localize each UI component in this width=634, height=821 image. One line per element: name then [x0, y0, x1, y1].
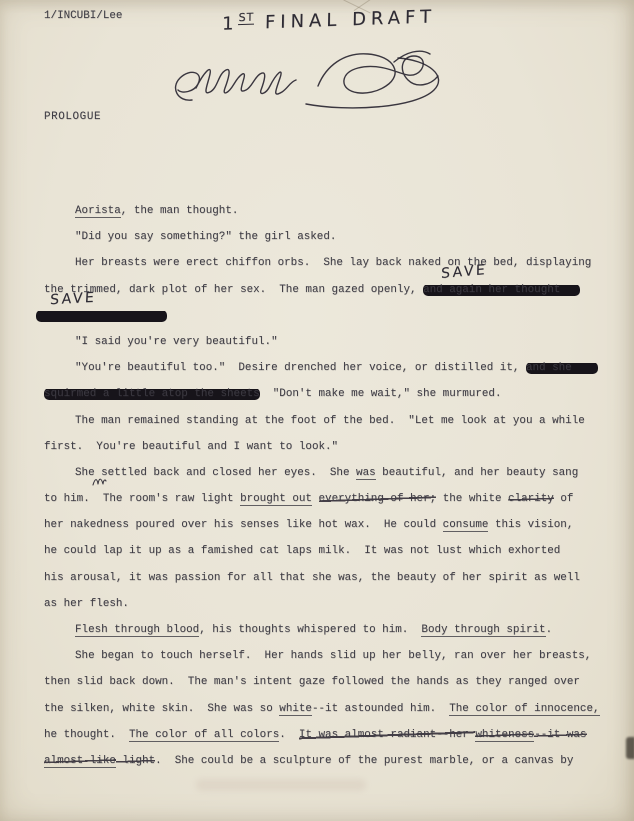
underlined-text: white [279, 703, 312, 716]
typed-line: She settled back and closed her eyes. Sh… [44, 460, 604, 486]
struck-text: light [116, 755, 155, 767]
typed-text: the trimmed, dark plot of her sex. The m… [44, 284, 423, 296]
typed-text: "Don't make me wait," she murmured. [260, 388, 502, 400]
struck-text: everything of her; [319, 493, 437, 505]
typed-line: his arousal, it was passion for all that… [44, 565, 604, 591]
typed-line: She began to touch herself. Her hands sl… [44, 643, 604, 669]
typed-line: "You're beautiful too." Desire drenched … [44, 355, 604, 381]
typed-text: Her breasts were erect chiffon orbs. She… [75, 257, 591, 269]
typed-line: he could lap it up as a famished cat lap… [44, 538, 604, 564]
struck-text: It was almost radiant--her [299, 729, 475, 741]
typed-line: the trimmed, dark plot of her sex. The m… [44, 277, 604, 303]
underlined-text: consume [443, 519, 489, 532]
typed-line: he thought. The color of all colors. It … [44, 722, 604, 748]
underlined-text: The color of innocence, [449, 703, 599, 716]
typed-line: her nakedness poured over his senses lik… [44, 512, 604, 538]
typed-text [312, 493, 319, 505]
typed-line: "I said you're very beautiful." [44, 329, 604, 355]
typed-text: , the man thought. [121, 205, 239, 217]
typed-text: "I said you're very beautiful." [75, 336, 278, 348]
redaction-mark: squirmed a little atop the sheets [44, 388, 260, 400]
draft-note-ordinal: ST [238, 11, 254, 26]
struck-text: clarity [508, 493, 554, 505]
typed-text: the silken, white skin. She was so [44, 703, 279, 715]
typed-line: Aorista, the man thought. [44, 198, 604, 224]
typed-line: to him. The room's raw light brought out… [44, 486, 604, 512]
typed-line: The man remained standing at the foot of… [44, 408, 604, 434]
typed-text: first. You're beautiful and I want to lo… [44, 441, 338, 453]
draft-note-numeral: 1 [222, 13, 239, 35]
typed-text: beautiful, and her beauty sang [376, 467, 579, 479]
struck-text: --it was [534, 729, 586, 741]
typed-line: "Did you say something?" the girl asked. [44, 224, 604, 250]
typed-line: the silken, white skin. She was so white… [44, 696, 604, 722]
paper-smudge [196, 779, 366, 791]
typed-text: of [554, 493, 574, 505]
section-title: PROLOGUE [44, 111, 101, 123]
typed-text: --it astounded him. [312, 703, 449, 715]
typed-text: . [279, 729, 299, 741]
typed-text: her nakedness poured over his senses lik… [44, 519, 443, 531]
typed-text: he thought. [44, 729, 129, 741]
typed-line: squirmed a little atop the sheets "Don't… [44, 381, 604, 407]
header-slug: 1/INCUBI/Lee [44, 10, 122, 22]
redaction-mark: and she [526, 362, 598, 374]
struck-underlined-text: almost like [44, 755, 116, 768]
author-signature [158, 42, 458, 116]
redaction-mark [36, 310, 167, 322]
edge-mark [626, 737, 634, 759]
typed-text: as her flesh. [44, 598, 129, 610]
typed-line: then slid back down. The man's intent ga… [44, 669, 604, 695]
typed-text: he could lap it up as a famished cat lap… [44, 545, 560, 557]
redaction-mark: and again her thought [423, 284, 580, 296]
typed-line: Her breasts were erect chiffon orbs. She… [44, 250, 604, 276]
draft-note: 1ST FINAL DRAFT [222, 4, 436, 34]
underlined-text: Body through spirit [421, 624, 545, 637]
typed-text: this vision, [488, 519, 573, 531]
typed-text: She settled back and closed her eyes. Sh… [75, 467, 356, 479]
draft-note-text: FINAL DRAFT [265, 6, 436, 33]
typed-text: to him. The room's raw light [44, 493, 240, 505]
typed-text: , his thoughts whispered to him. [199, 624, 421, 636]
typed-text: "You're beautiful too." Desire drenched … [75, 362, 526, 374]
underlined-text: Flesh through blood [75, 624, 199, 637]
typed-text: She began to touch herself. Her hands sl… [75, 650, 591, 662]
typed-text: The man remained standing at the foot of… [75, 415, 585, 427]
typed-text: . She could be a sculpture of the purest… [155, 755, 573, 767]
typed-line: Flesh through blood, his thoughts whispe… [44, 617, 604, 643]
typed-text: "Did you say something?" the girl asked. [75, 231, 336, 243]
underlined-text: Aorista [75, 205, 121, 218]
insert-mark [92, 475, 108, 488]
save-annotation-margin: SAVE [50, 290, 97, 308]
typed-line: almost like light. She could be a sculpt… [44, 748, 604, 774]
underlined-text: brought out [240, 493, 312, 506]
typed-line [44, 303, 604, 329]
struck-underlined-text: whiteness [475, 729, 534, 742]
typed-text: then slid back down. The man's intent ga… [44, 676, 580, 688]
underlined-text: The color of all colors [129, 729, 279, 742]
typed-text: his arousal, it was passion for all that… [44, 572, 580, 584]
underlined-text: was [356, 467, 376, 480]
manuscript-body: Aorista, the man thought."Did you say so… [44, 198, 604, 774]
typed-text: the white [436, 493, 508, 505]
typed-line: as her flesh. [44, 591, 604, 617]
typed-text: . [546, 624, 553, 636]
typed-line: first. You're beautiful and I want to lo… [44, 434, 604, 460]
manuscript-page: 1/INCUBI/Lee 1ST FINAL DRAFT PROLOGUE Ao… [0, 0, 634, 821]
